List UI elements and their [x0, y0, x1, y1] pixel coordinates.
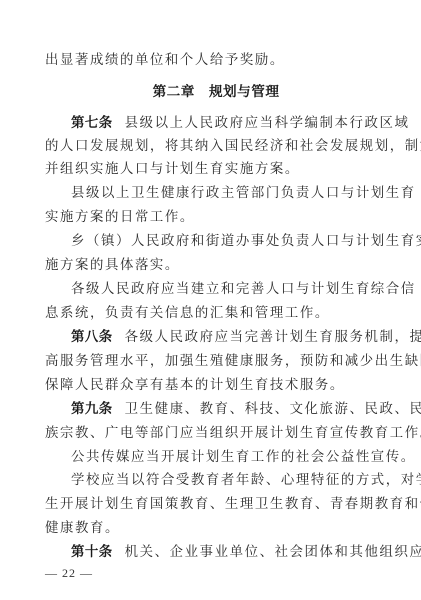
article-9-label: 第九条: [71, 402, 113, 417]
article-7-label: 第七条: [71, 116, 113, 131]
text-line: 出显著成绩的单位和个人给予奖励。: [45, 51, 387, 71]
text-line: 息系统，负责有关信息的汇集和管理工作。: [45, 304, 387, 324]
page-number: — 22 —: [45, 566, 93, 581]
text-line: 高服务管理水平，加强生殖健康服务，预防和减少出生缺陷，: [45, 352, 387, 372]
article-9-line: 第九条卫生健康、教育、科技、文化旅游、民政、民: [71, 400, 387, 420]
article-8-label: 第八条: [71, 330, 113, 345]
text-line: 并组织实施人口与计划生育实施方案。: [45, 160, 387, 180]
article-7-line: 第七条县级以上人民政府应当科学编制本行政区域: [71, 114, 387, 134]
text-line: 生开展计划生育国策教育、生理卫生教育、青春期教育和性: [45, 495, 387, 515]
text-line: 县级以上卫生健康行政主管部门负责人口与计划生育: [71, 184, 387, 204]
text-line: 保障人民群众享有基本的计划生育技术服务。: [45, 376, 387, 396]
text-segment: 机关、企业事业单位、社会团体和其他组织应: [125, 545, 421, 560]
text-line: 公共传媒应当开展计划生育工作的社会公益性宣传。: [71, 448, 387, 468]
text-line: 健康教育。: [45, 519, 387, 539]
text-line: 学校应当以符合受教育者年龄、心理特征的方式，对学: [71, 471, 387, 491]
text-line: 族宗教、广电等部门应当组织开展计划生育宣传教育工作。: [45, 424, 387, 444]
text-line: 的人口发展规划，将其纳入国民经济和社会发展规划，制定: [45, 137, 387, 157]
text-line: 各级人民政府应当建立和完善人口与计划生育综合信: [71, 280, 387, 300]
article-10-line: 第十条机关、企业事业单位、社会团体和其他组织应: [71, 543, 387, 563]
text-segment: 卫生健康、教育、科技、文化旅游、民政、民: [125, 402, 421, 417]
article-8-line: 第八条各级人民政府应当完善计划生育服务机制，提: [71, 328, 387, 348]
chapter-heading: 第二章 规划与管理: [45, 82, 387, 102]
article-10-label: 第十条: [71, 545, 113, 560]
text-segment: 各级人民政府应当完善计划生育服务机制，提: [125, 330, 421, 345]
text-line: 实施方案的日常工作。: [45, 208, 387, 228]
text-segment: 县级以上人民政府应当科学编制本行政区域: [125, 116, 410, 131]
text-line: 乡（镇）人民政府和街道办事处负责人口与计划生育实: [71, 232, 387, 252]
text-line: 施方案的具体落实。: [45, 256, 387, 276]
